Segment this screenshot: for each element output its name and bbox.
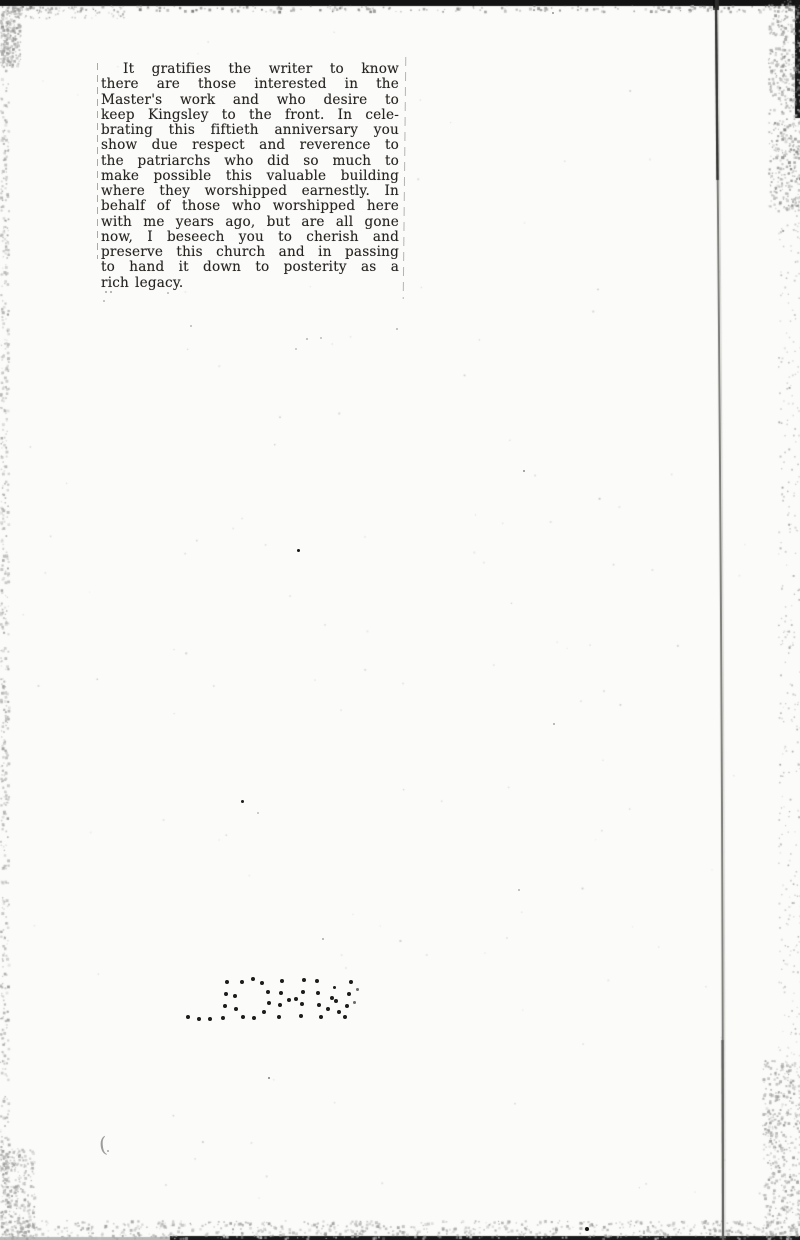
clipping-line: the patriarchs who did so much to — [101, 154, 399, 169]
stamp-dot — [333, 986, 336, 989]
stamp-dot — [319, 1015, 323, 1019]
stamp-dot — [186, 1015, 190, 1019]
stamp-dot — [300, 1002, 304, 1006]
dust-speck — [241, 800, 244, 803]
stamp-dot — [224, 992, 228, 996]
clipping-line: make possible this valuable building — [101, 169, 399, 184]
stamp-dot — [294, 997, 298, 1001]
clipping-line: preserve this church and in passing — [101, 245, 399, 260]
stamp-dot — [234, 1007, 238, 1011]
stamp-dot — [260, 981, 264, 985]
stamp-dot — [221, 1016, 225, 1020]
clipping-line: rich legacy. — [101, 276, 399, 291]
clipping-text: It gratifies the writer to knowthere are… — [101, 62, 399, 291]
stamp-dot — [317, 1003, 321, 1007]
stamp-dot — [287, 998, 291, 1002]
stamp-dot — [208, 1017, 212, 1021]
stamp-dot — [280, 979, 284, 983]
stamp-dot — [343, 1015, 347, 1019]
clipping-left-edge-line — [97, 63, 98, 259]
dust-speck — [268, 1077, 270, 1079]
stamp-dot — [353, 1001, 356, 1004]
dust-speck — [552, 12, 554, 14]
stamp-dot — [251, 977, 255, 981]
stamp-dot — [240, 980, 244, 984]
scanned-page: It gratifies the writer to knowthere are… — [0, 0, 800, 1240]
dust-speck — [396, 328, 398, 330]
stamp-dot — [197, 1017, 201, 1021]
clipping-line: there are those interested in the — [101, 77, 399, 92]
dust-speck — [257, 812, 259, 814]
stamp-dot — [301, 990, 305, 994]
stamp-dot — [315, 979, 319, 983]
dust-speck — [295, 348, 297, 350]
stamp-dot — [278, 1003, 282, 1007]
clipping-line: with me years ago, but are all gone — [101, 215, 399, 230]
stamp-dot — [334, 999, 338, 1003]
stamp-dot — [233, 994, 237, 998]
stamp-dot — [223, 1004, 227, 1008]
dust-speck — [320, 337, 322, 339]
clipping-line: now, I beseech you to cherish and — [101, 230, 399, 245]
dust-speck — [190, 325, 192, 327]
dust-speck — [306, 338, 308, 340]
stamp-dot — [337, 1010, 341, 1014]
clipping-line: Master's work and who desire to — [101, 93, 399, 108]
stamp-dot — [267, 1001, 271, 1005]
stamp-dot — [225, 980, 229, 984]
stamp-dot — [277, 1015, 281, 1019]
stamp-dot — [316, 991, 320, 995]
stamp-dot — [356, 988, 359, 991]
clipping-line: It gratifies the writer to know — [101, 62, 399, 77]
dust-speck — [523, 470, 525, 472]
clipping-line: to hand it down to posterity as a — [101, 260, 399, 275]
stamp-dot — [262, 1010, 266, 1014]
clipping-line: show due respect and reverence to — [101, 138, 399, 153]
stamp-dot — [279, 991, 283, 995]
clipping-right-edge-line — [403, 57, 407, 299]
stamp-dot — [266, 990, 270, 994]
stamp-dot — [345, 1004, 349, 1008]
clipping-line: behalf of those who worshipped here — [101, 199, 399, 214]
stamp-dot — [349, 980, 353, 984]
clipping-line: keep Kingsley to the front. In cele- — [101, 108, 399, 123]
dust-speck — [585, 1227, 589, 1231]
stamp-dot — [302, 978, 306, 982]
stamp-dot — [299, 1014, 303, 1018]
stamp-dot — [252, 1016, 256, 1020]
dust-speck — [322, 938, 324, 940]
dust-speck — [553, 723, 555, 725]
stamp-dot — [241, 1015, 245, 1019]
stamp-dot — [347, 992, 351, 996]
clipping-line: brating this fiftieth anniversary you — [101, 123, 399, 138]
dust-speck — [297, 549, 300, 552]
stamp-dot — [326, 1007, 330, 1011]
dust-speck — [518, 889, 520, 891]
newspaper-clipping: It gratifies the writer to knowthere are… — [90, 55, 415, 305]
clipping-line: where they worshipped earnestly. In — [101, 184, 399, 199]
